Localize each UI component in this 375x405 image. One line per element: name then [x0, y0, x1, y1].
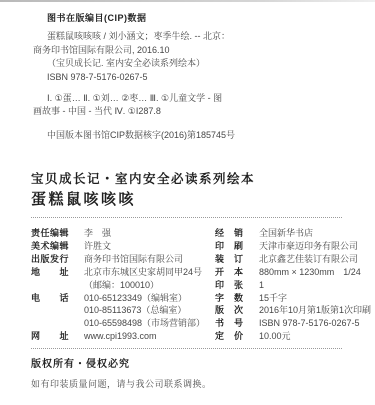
colophon-left-column: 责任编辑 李 强 美术编辑 许胜文 出版发行 商务印书馆国际有限公司 地 址 北…: [31, 227, 215, 343]
book-title: 蛋糕鼠咳咳咳: [31, 190, 344, 210]
colophon-row: 电 话 010-65123349（编辑室）: [31, 292, 215, 305]
field-label: [31, 304, 72, 317]
rights-statement: 版权所有・侵权必究: [31, 358, 355, 372]
field-value: 李 强: [84, 227, 111, 240]
cip-isbn: ISBN 978-7-5176-0267-5: [33, 71, 347, 84]
colophon-row: 责任编辑 李 强: [31, 227, 215, 240]
colophon-row: 经 销 全国新华书店: [215, 227, 371, 240]
field-value: 许胜文: [84, 240, 111, 253]
colophon-row: （邮编：100010）: [31, 279, 215, 292]
field-label: 书 号: [215, 317, 248, 330]
field-label: 字 数: [215, 292, 248, 305]
replacement-note: 如有印装质量问题，请与我公司联系调换。: [31, 377, 355, 390]
cip-record-number: 中国版本图书馆CIP数据核字(2016)第185745号: [33, 129, 347, 142]
field-value: www.cpi1993.com: [84, 330, 157, 343]
colophon-row: 010-85113673（总编室）: [31, 304, 215, 317]
colophon-row: 字 数 15千字: [215, 292, 371, 305]
field-label: 开 本: [215, 266, 248, 279]
field-value: （邮编：100010）: [84, 279, 159, 292]
dotted-divider-top: [31, 217, 342, 218]
field-value: 天津市豪迈印务有限公司: [259, 240, 358, 253]
field-label: 地 址: [31, 266, 72, 279]
colophon-row: 出版发行 商务印书馆国际有限公司: [31, 253, 215, 266]
colophon-row: 开 本 880mm × 1230mm 1/24: [215, 266, 371, 279]
field-label: 印 刷: [215, 240, 248, 253]
colophon-row: 地 址 北京市东城区史家胡同甲24号: [31, 266, 215, 279]
field-value: 010-65123349（编辑室）: [84, 292, 187, 305]
field-label: [31, 279, 72, 292]
colophon-row: 书 号 ISBN 978-7-5176-0267-5: [215, 317, 371, 330]
colophon-row: 版 次 2016年10月第1版第1次印刷: [215, 304, 371, 317]
field-value: 2016年10月第1版第1次印刷: [259, 304, 371, 317]
field-label: 印 张: [215, 279, 248, 292]
field-value: 北京市东城区史家胡同甲24号: [84, 266, 202, 279]
field-value: 15千字: [259, 292, 287, 305]
field-label: 版 次: [215, 304, 248, 317]
colophon-right-column: 经 销 全国新华书店 印 刷 天津市豪迈印务有限公司 装 订 北京鑫艺佳装订有限…: [215, 227, 371, 343]
field-label: 网 址: [31, 330, 72, 343]
copyright-footer: 版权所有・侵权必究 如有印装质量问题，请与我公司联系调换。: [31, 358, 355, 390]
field-label: 经 销: [215, 227, 248, 240]
colophon-row: 010-65598498（市场营销部）: [31, 317, 215, 330]
field-value: 北京鑫艺佳装订有限公司: [259, 253, 358, 266]
field-label: 装 订: [215, 253, 248, 266]
field-value: ISBN 978-7-5176-0267-5: [259, 317, 360, 330]
field-label: 出版发行: [31, 253, 72, 266]
colophon-row: 美术编辑 许胜文: [31, 240, 215, 253]
colophon-row: 网 址 www.cpi1993.com: [31, 330, 215, 343]
field-value: 商务印书馆国际有限公司: [84, 253, 183, 266]
field-value: 1: [259, 279, 264, 292]
dotted-divider-bottom: [31, 348, 342, 349]
field-label: 美术编辑: [31, 240, 72, 253]
series-title: 宝贝成长记・室内安全必读系列绘本: [31, 171, 344, 187]
field-label: 责任编辑: [31, 227, 72, 240]
colophon-row: 装 订 北京鑫艺佳装订有限公司: [215, 253, 371, 266]
field-label: [31, 317, 72, 330]
cip-heading: 图书在版编目(CIP)数据: [33, 12, 347, 25]
title-block: 宝贝成长记・室内安全必读系列绘本 蛋糕鼠咳咳咳: [31, 171, 344, 210]
colophon-row: 定 价 10.00元: [215, 330, 371, 343]
cip-block: 图书在版编目(CIP)数据 蛋糕鼠咳咳咳 / 刘小涵文；枣季牛绘. -- 北京：…: [33, 12, 347, 142]
field-value: 880mm × 1230mm 1/24: [259, 266, 361, 279]
colophon-row: 印 刷 天津市豪迈印务有限公司: [215, 240, 371, 253]
cip-line: 商务印书馆国际有限公司, 2016.10: [33, 44, 347, 57]
field-label: 定 价: [215, 330, 248, 343]
field-value: 010-85113673（总编室）: [84, 304, 186, 317]
field-value: 10.00元: [259, 330, 291, 343]
field-value: 全国新华书店: [259, 227, 313, 240]
colophon-table: 责任编辑 李 强 美术编辑 许胜文 出版发行 商务印书馆国际有限公司 地 址 北…: [31, 227, 355, 343]
scan-page-edge: [0, 0, 375, 2]
cip-classification-line: Ⅰ. ①蛋… Ⅱ. ①刘… ②枣… Ⅲ. ①儿童文学 - 图: [33, 92, 347, 105]
cip-line: 蛋糕鼠咳咳咳 / 刘小涵文；枣季牛绘. -- 北京：: [33, 30, 347, 43]
cip-line: （宝贝成长记. 室内安全必读系列绘本）: [33, 57, 347, 70]
colophon-row: 印 张 1: [215, 279, 371, 292]
field-value: 010-65598498（市场营销部）: [84, 317, 205, 330]
field-label: 电 话: [31, 292, 72, 305]
cip-classification-line: 画故事 - 中国 - 当代 Ⅳ. ①I287.8: [33, 105, 347, 118]
